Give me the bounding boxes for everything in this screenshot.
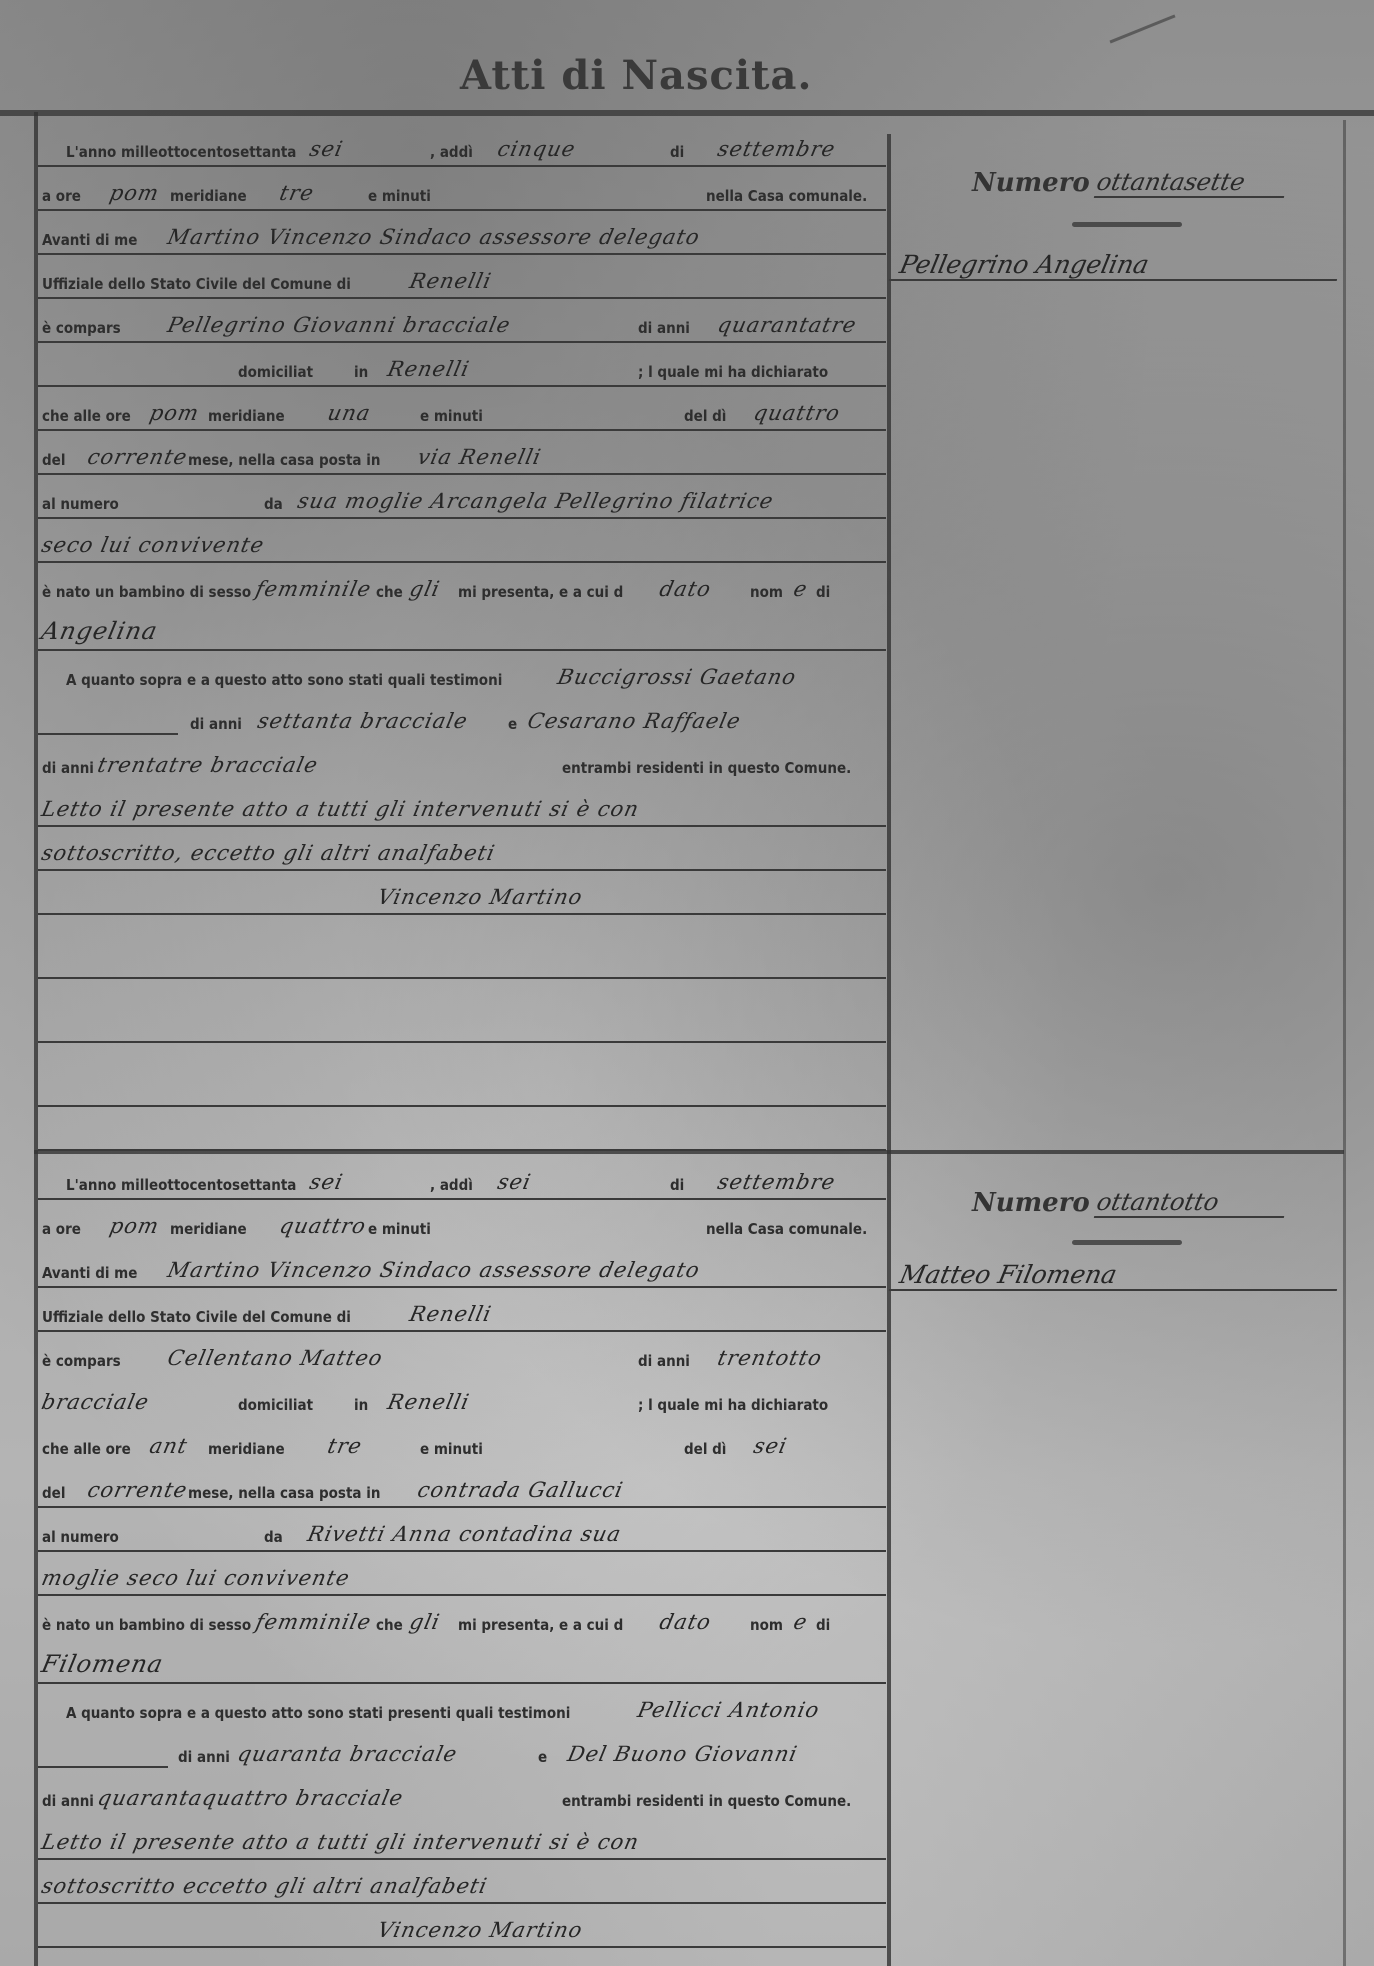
record-line: è nato un bambino di sesso femminile che… (38, 565, 886, 605)
record-line: moglie seco lui convivente (38, 1554, 886, 1596)
handwritten-mother: Rivetti Anna contadina sua (305, 1522, 623, 1546)
frame-top-rule (0, 110, 1374, 116)
printed-label: del dì (684, 407, 726, 425)
handwritten-ore-meridiane: pom (107, 1214, 161, 1238)
handwritten-comune: Renelli (407, 269, 493, 293)
printed-label: Avanti di me (42, 1264, 137, 1282)
record-line: di anni settanta bracciale e Cesarano Ra… (38, 697, 886, 737)
printed-label: e minuti (420, 407, 483, 425)
printed-label: Uffiziale dello Stato Civile del Comune … (42, 1308, 351, 1326)
handwritten-witness-1-age: settanta bracciale (255, 709, 470, 733)
record-line: seco lui convivente (38, 521, 886, 563)
record-line: al numero da Rivetti Anna contadina sua (38, 1510, 886, 1552)
numero-label: Numero (972, 168, 1090, 198)
printed-label: del (42, 1484, 65, 1502)
handwritten-closing-2: sottoscritto eccetto gli altri analfabet… (39, 1874, 489, 1898)
printed-label: mi presenta, e a cui d (458, 583, 623, 601)
printed-label: che (376, 1616, 403, 1634)
handwritten-witness-1-age: quaranta bracciale (235, 1742, 459, 1766)
frame-right-rule (1343, 120, 1346, 1966)
handwritten-nome-suffix: e (791, 1610, 810, 1634)
printed-label: è nato un bambino di sesso (42, 1616, 251, 1634)
page-title: Atti di Nascita. (460, 52, 812, 99)
handwritten-month: settembre (715, 137, 837, 161)
handwritten-witness-1: Pellicci Antonio (635, 1698, 821, 1722)
printed-label: e minuti (420, 1440, 483, 1458)
handwritten-mother: sua moglie Arcangela Pellegrino filatric… (295, 489, 776, 513)
printed-label: e (508, 715, 517, 733)
printed-label: in (354, 363, 368, 381)
margin-child-name: Matteo Filomena (889, 1260, 1344, 1291)
printed-label: e minuti (368, 1220, 431, 1238)
handwritten-child-name: Filomena (39, 1650, 166, 1678)
blank-rule (38, 733, 178, 735)
printed-label: nom (750, 1616, 783, 1634)
handwritten-birth-day: quattro (751, 401, 842, 425)
blank-rule (38, 1766, 168, 1768)
numero-value: ottantasette (1094, 168, 1290, 198)
handwritten-ore-meridiane: pom (107, 181, 161, 205)
printed-label: è nato un bambino di sesso (42, 583, 251, 601)
handwritten-month: settembre (715, 1170, 837, 1194)
handwritten-closing-1: Letto il presente atto a tutti gli inter… (39, 1830, 641, 1854)
printed-label: Uffiziale dello Stato Civile del Comune … (42, 275, 351, 293)
record-line: di anni trentatre bracciale entrambi res… (38, 741, 886, 781)
printed-label: domiciliat (238, 363, 313, 381)
record-line: Vincenzo Martino (38, 873, 886, 915)
handwritten-house: via Renelli (415, 445, 543, 469)
record-line: Uffiziale dello Stato Civile del Comune … (38, 1290, 886, 1332)
divider-dash (1072, 1240, 1182, 1245)
printed-label: ; l quale mi ha dichiarato (638, 363, 828, 381)
printed-label: Avanti di me (42, 231, 137, 249)
printed-label: è compars (42, 319, 121, 337)
printed-label: L'anno milleottocentosettanta (66, 1176, 296, 1194)
handwritten-house: contrada Gallucci (415, 1478, 625, 1502)
handwritten-year: sei (307, 137, 345, 161)
record-line: è nato un bambino di sesso femminile che… (38, 1598, 886, 1638)
printed-label: di anni (638, 319, 690, 337)
handwritten-dato: dato (657, 1610, 713, 1634)
handwritten-birth-hour: tre (325, 1434, 364, 1458)
record-line: che alle ore pom meridiane una e minuti … (38, 389, 886, 431)
printed-label: e (538, 1748, 547, 1766)
printed-label: mese, nella casa posta in (188, 451, 380, 469)
handwritten-age: quarantatre (715, 313, 859, 337)
margin-child-name: Pellegrino Angelina (889, 250, 1344, 281)
record-line: Angelina (38, 609, 886, 651)
printed-label: che (376, 583, 403, 601)
printed-label: di (816, 583, 830, 601)
handwritten-day: cinque (495, 137, 578, 161)
handwritten-domicile: Renelli (385, 357, 471, 381)
handwritten-birth-meridiane: pom (147, 401, 201, 425)
printed-label: nella Casa comunale. (706, 1220, 867, 1238)
record-line: di anni quarantaquattro bracciale entram… (38, 1774, 886, 1814)
blank-line (38, 1001, 886, 1043)
handwritten-year: sei (307, 1170, 345, 1194)
blank-line (38, 937, 886, 979)
printed-label: meridiane (208, 407, 285, 425)
handwritten-domicile: Renelli (385, 1390, 471, 1414)
handwritten-witness-2: Del Buono Giovanni (565, 1742, 799, 1766)
handwritten-birth-day: sei (751, 1434, 789, 1458)
printed-label: entrambi residenti in questo Comune. (562, 759, 851, 777)
handwritten-birth-month: corrente (85, 445, 189, 469)
handwritten-comune: Renelli (407, 1302, 493, 1326)
record-line: a ore pom meridiane quattro e minuti nel… (38, 1202, 886, 1242)
printed-label: , addì (430, 143, 473, 161)
record-line: A quanto sopra e a questo atto sono stat… (38, 1686, 886, 1726)
printed-label: che alle ore (42, 1440, 131, 1458)
printed-label: in (354, 1396, 368, 1414)
handwritten-birth-meridiane: ant (147, 1434, 190, 1458)
record-line: sottoscritto, eccetto gli altri analfabe… (38, 829, 886, 871)
handwritten-day: sei (495, 1170, 533, 1194)
printed-label: di anni (42, 1792, 94, 1810)
handwritten-profession: bracciale (39, 1390, 151, 1414)
printed-label: di anni (190, 715, 242, 733)
handwritten-child-name: Angelina (39, 617, 160, 645)
record-line: Avanti di me Martino Vincenzo Sindaco as… (38, 213, 886, 255)
record-line: a ore pom meridiane tre e minuti nella C… (38, 169, 886, 211)
printed-label: da (264, 495, 283, 513)
record-line: di anni quaranta bracciale e Del Buono G… (38, 1730, 886, 1770)
handwritten-hour: quattro (277, 1214, 368, 1238)
handwritten-birth-hour: una (325, 401, 373, 425)
printed-label: mese, nella casa posta in (188, 1484, 380, 1502)
record-line: che alle ore ant meridiane tre e minuti … (38, 1422, 886, 1462)
record-line: Letto il presente atto a tutti gli inter… (38, 1818, 886, 1860)
printed-label: domiciliat (238, 1396, 313, 1414)
handwritten-closing-2: sottoscritto, eccetto gli altri analfabe… (39, 841, 497, 865)
handwritten-sex: femminile (253, 1610, 373, 1634)
printed-label: di anni (42, 759, 94, 777)
handwritten-declarant: Pellegrino Giovanni bracciale (165, 313, 512, 337)
blank-line (38, 1109, 886, 1151)
printed-label: di (670, 143, 684, 161)
printed-label: A quanto sopra e a questo atto sono stat… (66, 671, 502, 689)
printed-label: mi presenta, e a cui d (458, 1616, 623, 1634)
printed-label: a ore (42, 1220, 81, 1238)
record-line: domiciliat in Renelli ; l quale mi ha di… (38, 345, 886, 387)
handwritten-witness-2-age: trentatre bracciale (95, 753, 320, 777)
record-line: L'anno milleottocentosettanta sei , addì… (38, 125, 886, 167)
record-line: è compars Cellentano Matteo di anni tren… (38, 1334, 886, 1374)
record-line: del corrente mese, nella casa posta in v… (38, 433, 886, 475)
printed-label: L'anno milleottocentosettanta (66, 143, 296, 161)
record-line: è compars Pellegrino Giovanni bracciale … (38, 301, 886, 343)
printed-label: al numero (42, 1528, 119, 1546)
printed-label: A quanto sopra e a questo atto sono stat… (66, 1704, 570, 1722)
numero-label: Numero (972, 1188, 1090, 1218)
printed-label: meridiane (170, 1220, 247, 1238)
handwritten-witness-1: Buccigrossi Gaetano (555, 665, 798, 689)
handwritten-signature: Vincenzo Martino (375, 1918, 585, 1942)
printed-label: nom (750, 583, 783, 601)
handwritten-officer: Martino Vincenzo Sindaco assessore deleg… (165, 225, 702, 249)
corner-mark-icon (1109, 14, 1190, 80)
printed-label: ; l quale mi ha dichiarato (638, 1396, 828, 1414)
handwritten-che: gli (407, 1610, 442, 1634)
printed-label: di (816, 1616, 830, 1634)
printed-label: di (670, 1176, 684, 1194)
printed-label: di anni (638, 1352, 690, 1370)
handwritten-mother-cont: seco lui convivente (39, 533, 266, 557)
numero-value: ottantotto (1094, 1188, 1290, 1218)
handwritten-signature: Vincenzo Martino (375, 885, 585, 909)
printed-label: del dì (684, 1440, 726, 1458)
printed-label: , addì (430, 1176, 473, 1194)
printed-label: entrambi residenti in questo Comune. (562, 1792, 851, 1810)
printed-label: di anni (178, 1748, 230, 1766)
printed-label: meridiane (170, 187, 247, 205)
record-line: Letto il presente atto a tutti gli inter… (38, 785, 886, 827)
handwritten-witness-2-age: quarantaquattro bracciale (95, 1786, 405, 1810)
record-line: A quanto sopra e a questo atto sono stat… (38, 653, 886, 693)
handwritten-closing-1: Letto il presente atto a tutti gli inter… (39, 797, 641, 821)
handwritten-declarant: Cellentano Matteo (165, 1346, 385, 1370)
handwritten-mother-cont: moglie seco lui convivente (39, 1566, 352, 1590)
handwritten-witness-2: Cesarano Raffaele (525, 709, 743, 733)
printed-label: meridiane (208, 1440, 285, 1458)
handwritten-dato: dato (657, 577, 713, 601)
record-line: L'anno milleottocentosettanta sei , addì… (38, 1158, 886, 1200)
record-line: Filomena (38, 1642, 886, 1684)
frame-column-divider (887, 134, 891, 1966)
handwritten-nome-suffix: e (791, 577, 810, 601)
record-line: Avanti di me Martino Vincenzo Sindaco as… (38, 1246, 886, 1288)
handwritten-age: trentotto (715, 1346, 824, 1370)
record-line: Uffiziale dello Stato Civile del Comune … (38, 257, 886, 299)
handwritten-birth-month: corrente (85, 1478, 189, 1502)
handwritten-che: gli (407, 577, 442, 601)
divider-dash (1072, 222, 1182, 227)
record-line: Vincenzo Martino (38, 1906, 886, 1948)
blank-line (38, 1065, 886, 1107)
printed-label: da (264, 1528, 283, 1546)
printed-label: e minuti (368, 187, 431, 205)
handwritten-officer: Martino Vincenzo Sindaco assessore deleg… (165, 1258, 702, 1282)
printed-label: nella Casa comunale. (706, 187, 867, 205)
record-line: bracciale domiciliat in Renelli ; l qual… (38, 1378, 886, 1418)
printed-label: che alle ore (42, 407, 131, 425)
record-line: sottoscritto eccetto gli altri analfabet… (38, 1862, 886, 1904)
handwritten-sex: femminile (253, 577, 373, 601)
record-line: al numero da sua moglie Arcangela Pelleg… (38, 477, 886, 519)
record-line: del corrente mese, nella casa posta in c… (38, 1466, 886, 1508)
handwritten-hour: tre (277, 181, 316, 205)
printed-label: è compars (42, 1352, 121, 1370)
printed-label: a ore (42, 187, 81, 205)
printed-label: del (42, 451, 65, 469)
printed-label: al numero (42, 495, 119, 513)
